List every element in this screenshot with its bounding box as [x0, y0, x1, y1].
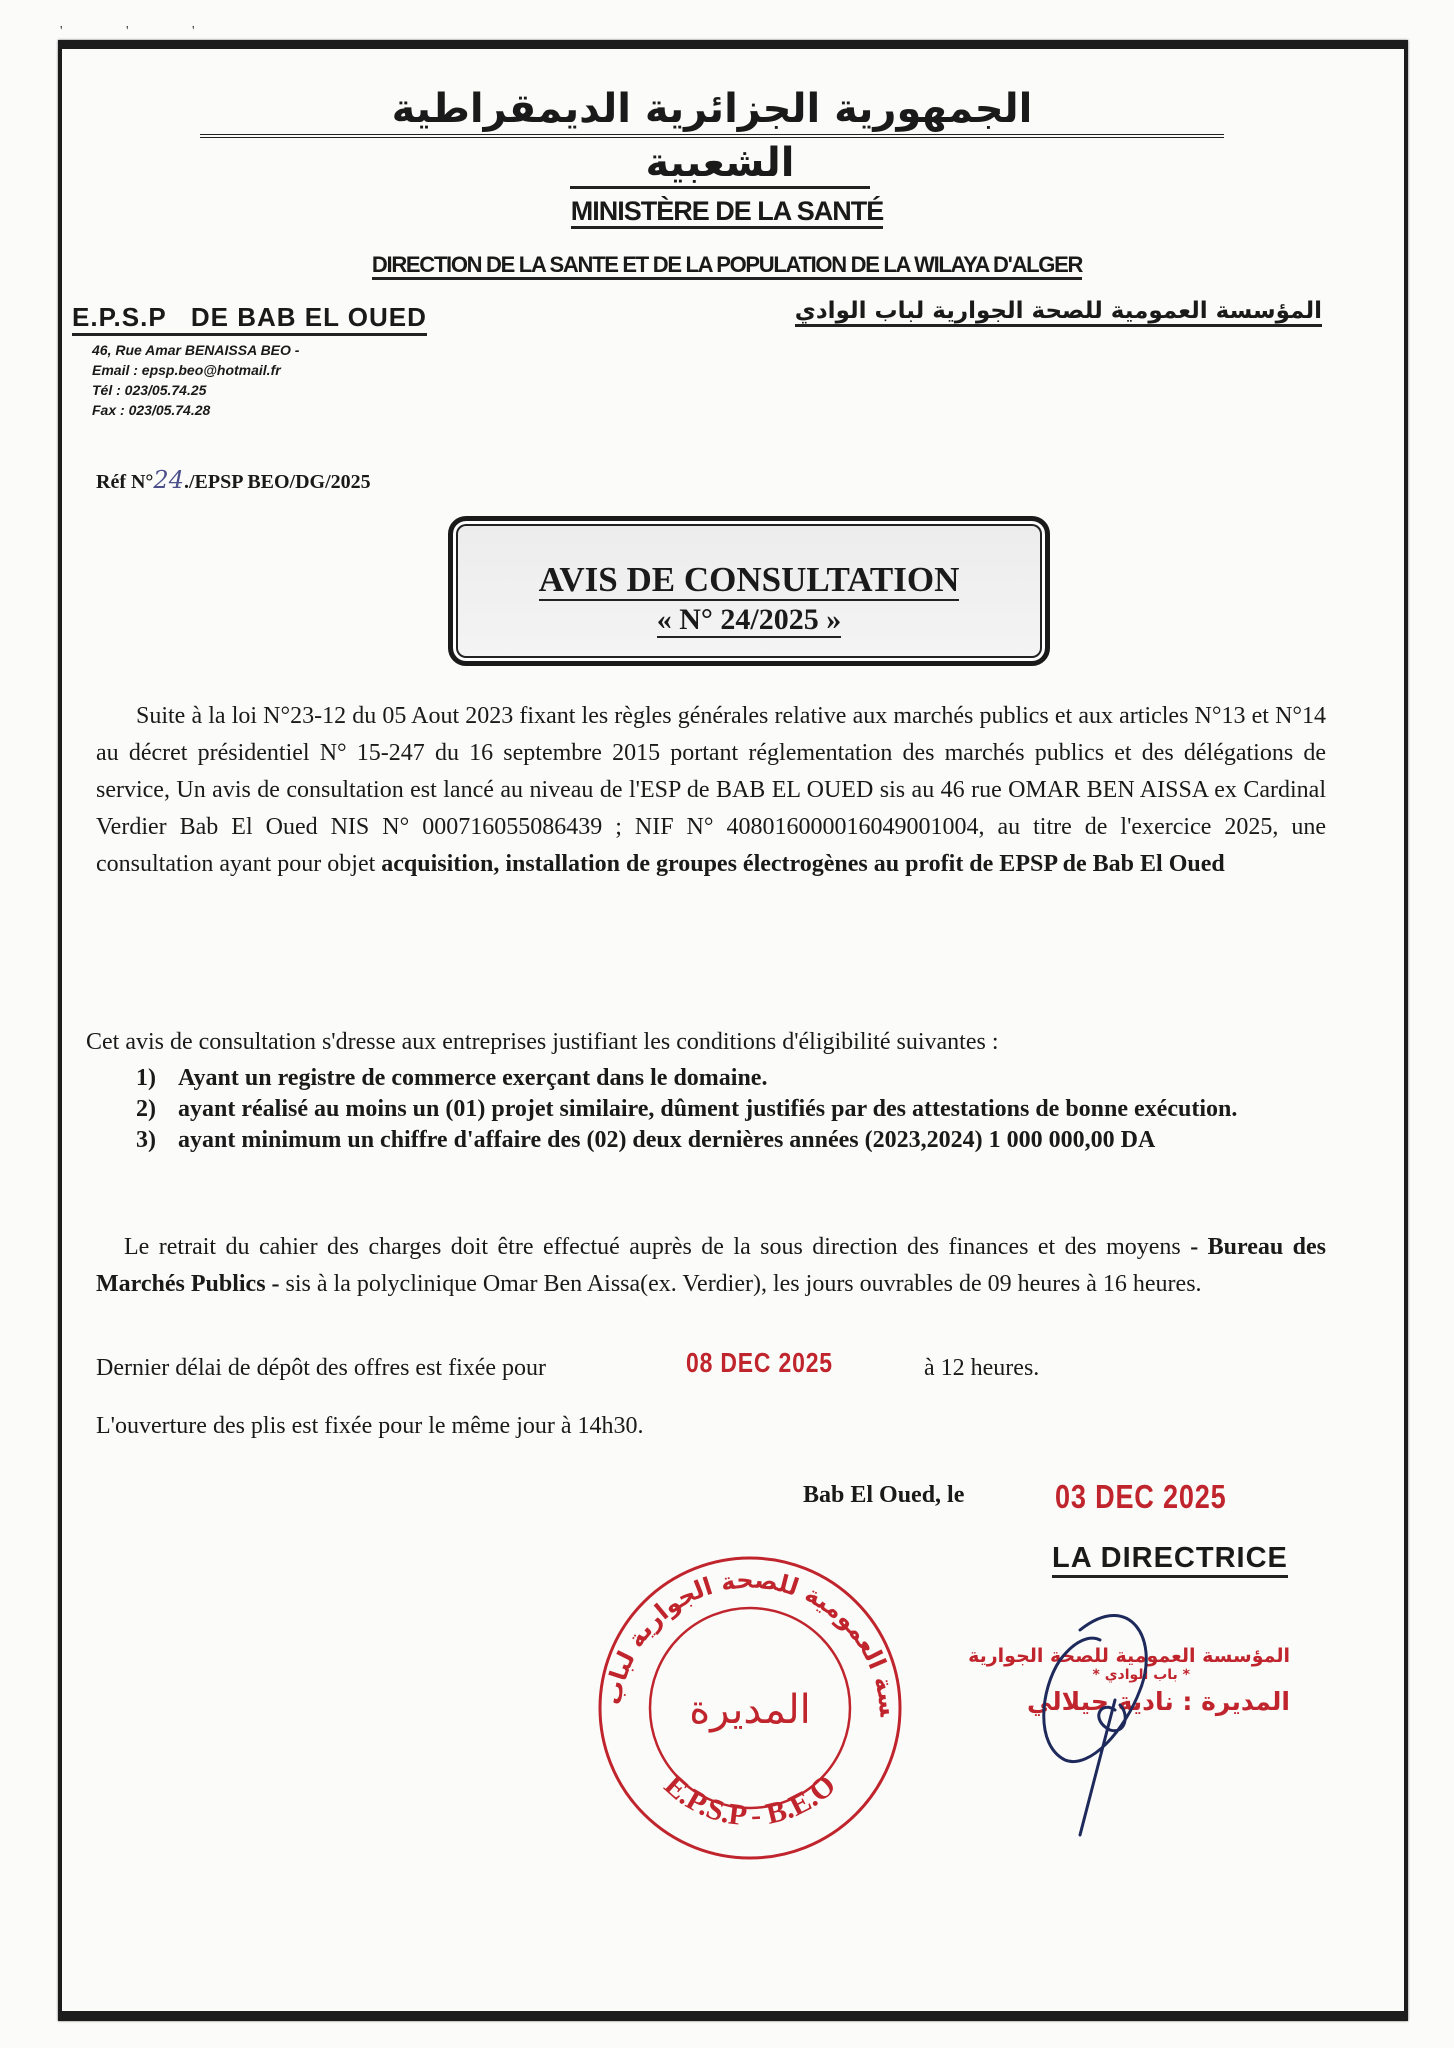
- ministry-heading: MINISTÈRE DE LA SANTÉ: [0, 196, 1454, 227]
- svg-text:المديرة: المديرة: [689, 1687, 811, 1733]
- signature-place: Bab El Oued, le: [803, 1482, 964, 1509]
- email: Email : epsp.beo@hotmail.fr: [92, 360, 299, 380]
- official-seal-icon: المؤسسة العمومية للصحة الجوارية لباب الو…: [585, 1543, 915, 1873]
- republic-title-ar: الجمهورية الجزائرية الديمقراطية: [200, 86, 1224, 138]
- opening-line: L'ouverture des plis est fixée pour le m…: [96, 1413, 644, 1440]
- list-item: 1)Ayant un registre de commerce exerçant…: [136, 1063, 1346, 1094]
- handwritten-signature-icon: [1020, 1600, 1180, 1840]
- establishment-name-ar: المؤسسة العمومية للصحة الجوارية لباب الو…: [795, 298, 1322, 327]
- title-box: AVIS DE CONSULTATION « N° 24/2025 »: [448, 516, 1050, 666]
- address: 46, Rue Amar BENAISSA BEO -: [92, 340, 299, 360]
- list-item: 2)ayant réalisé au moins un (01) projet …: [136, 1094, 1346, 1125]
- list-item: 3)ayant minimum un chiffre d'affaire des…: [136, 1125, 1346, 1156]
- eligibility-intro: Cet avis de consultation s'dresse aux en…: [86, 1029, 998, 1056]
- consultation-number: « N° 24/2025 »: [453, 603, 1045, 637]
- document-title: AVIS DE CONSULTATION: [539, 561, 960, 601]
- fax: Fax : 023/05.74.28: [92, 400, 299, 420]
- intro-paragraph: Suite à la loi N°23-12 du 05 Aout 2023 f…: [96, 698, 1326, 883]
- signature-date-stamp: 03 DEC 2025: [1055, 1478, 1226, 1516]
- handwritten-ref: 24: [153, 466, 184, 494]
- deadline-date-stamp: 08 DEC 2025: [686, 1347, 833, 1379]
- establishment-name-fr: E.P.S.P DE BAB EL OUED: [72, 302, 427, 336]
- republic-title-ar-2: الشعبية: [570, 140, 870, 189]
- direction-heading: DIRECTION DE LA SANTE ET DE LA POPULATIO…: [0, 252, 1454, 278]
- eligibility-list: 1)Ayant un registre de commerce exerçant…: [136, 1063, 1346, 1156]
- telephone: Tél : 023/05.74.25: [92, 380, 299, 400]
- withdrawal-paragraph: Le retrait du cahier des charges doit êt…: [96, 1229, 1326, 1303]
- signatory-role: LA DIRECTRICE: [1052, 1542, 1288, 1578]
- contact-block: 46, Rue Amar BENAISSA BEO - Email : epsp…: [92, 340, 299, 420]
- object-bold: acquisition, installation de groupes éle…: [381, 851, 1224, 877]
- reference-number: Réf N°24./EPSP BEO/DG/2025: [96, 466, 371, 494]
- deadline-line: Dernier délai de dépôt des offres est fi…: [96, 1355, 1296, 1382]
- svg-text:E.P.S.P - B.E.O: E.P.S.P - B.E.O: [658, 1768, 842, 1832]
- scan-marks: ' ' ': [60, 24, 225, 40]
